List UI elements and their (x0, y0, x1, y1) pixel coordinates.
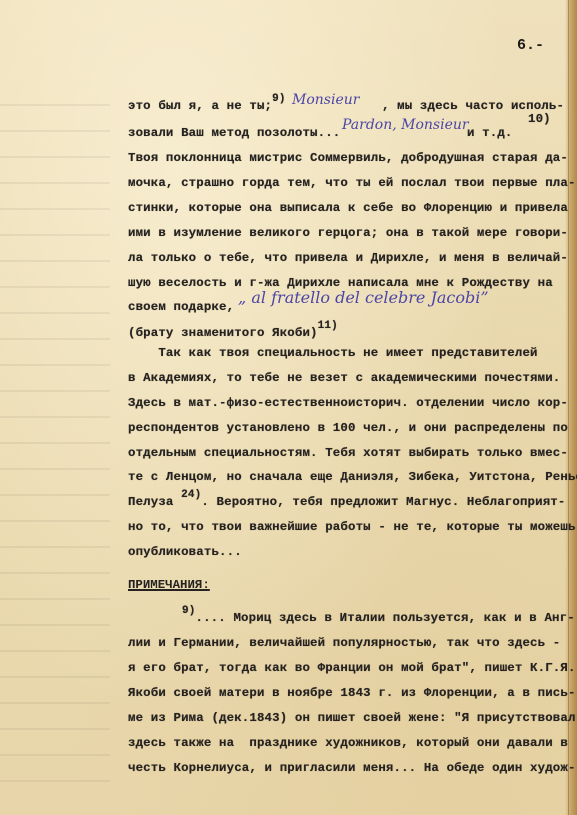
body-line-tail: , мы здесь часто исполь- (382, 99, 564, 113)
body-line: Твоя поклонница мистрис Соммервиль, добр… (128, 151, 568, 165)
body-line: опубликовать... (128, 545, 242, 559)
body-line: мочка, страшно горда тем, что ты ей посл… (128, 176, 576, 190)
body-line: зовали Ваш метод позолоты... (128, 126, 340, 140)
note-line: здесь также на празднике художников, кот… (128, 736, 568, 750)
body-line: Так как твоя специальность не имеет пред… (128, 346, 538, 360)
footnote-ref: 10) (528, 112, 551, 126)
body-line: (брату знаменитого Якоби)11) (128, 326, 338, 340)
bleed-through-text (0, 90, 110, 790)
body-line: отдельным специальностям. Тебя хотят выб… (128, 446, 568, 460)
body-line-tail: и т.д. (467, 126, 513, 140)
line-text: это был я, а не ты; (128, 99, 272, 113)
footnote-ref: 9) (272, 93, 286, 105)
note-line: честь Корнелиуса, и пригласили меня... Н… (128, 761, 576, 775)
footnote-ref: 11) (318, 320, 338, 332)
body-line: Здесь в мат.-физо-естественноисторич. от… (128, 396, 568, 410)
body-line: стинки, которые она выписала к себе во Ф… (128, 201, 568, 215)
note-line: 9).... Мориц здесь в Италии пользуется, … (182, 611, 575, 625)
handwritten-pardon: Pardon, Monsieur (342, 117, 469, 133)
body-line: ла только о тебе, что привела и Дирихле,… (128, 251, 568, 265)
body-line: но то, что твои важнейшие работы - не те… (128, 520, 576, 534)
footnote-ref: 24) (181, 489, 201, 501)
body-line: те с Ленцом, но сначала еще Даниэля, Зиб… (128, 470, 577, 484)
note-line: лии и Германии, величайшей популярностью… (128, 636, 560, 650)
note-line: Якоби своей матери в ноябре 1843 г. из Ф… (128, 686, 576, 700)
notes-heading: ПРИМЕЧАНИЯ: (128, 578, 210, 592)
document-page: 6.- это был я, а не ты;9) Monsieur , мы … (0, 0, 577, 815)
line-text: Пелуза (128, 495, 174, 509)
body-line: в Академиях, то тебе не везет с академич… (128, 371, 560, 385)
body-line: ими в изумление великого герцога; она в … (128, 226, 568, 240)
body-line: это был я, а не ты;9) (128, 99, 286, 113)
line-text: . Вероятно, тебя предложит Магнус. Небла… (201, 495, 565, 509)
body-line: Пелуза 24). Вероятно, тебя предложит Маг… (128, 495, 565, 509)
note-line: ме из Рима (дек.1843) он пишет своей жен… (128, 711, 576, 725)
footnote-number: 9) (182, 605, 196, 617)
page-number: 6.- (517, 37, 544, 54)
handwritten-monsieur: Monsieur (292, 92, 359, 108)
line-text: (брату знаменитого Якоби) (128, 326, 318, 340)
handwritten-fratello: „ al fratello del celebre Jacobi” (238, 288, 489, 307)
body-line: своем подарке, (128, 300, 234, 314)
body-line: респондентов установлено в 100 чел., и о… (128, 421, 568, 435)
line-text: .... Мориц здесь в Италии пользуется, ка… (196, 611, 575, 625)
note-line: я его брат, тогда как во Франции он мой … (128, 661, 576, 675)
